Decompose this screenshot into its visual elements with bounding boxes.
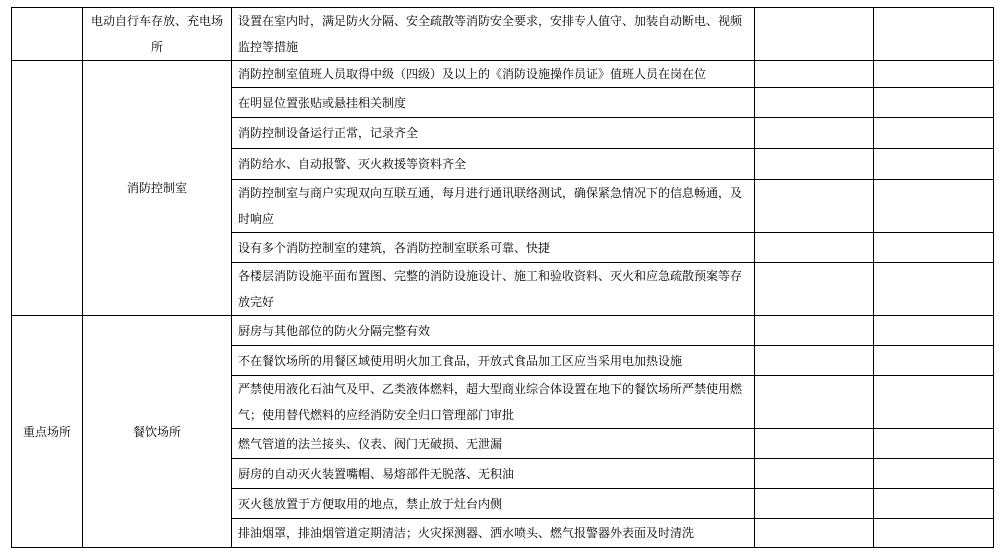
- remark-cell[interactable]: [874, 519, 994, 548]
- check-item: 设置在室内时，满足防火分隔、安全疏散等消防安全要求，安排专人值守、加装自动断电、…: [232, 8, 755, 61]
- inspection-checklist-table: 电动自行车存放、充电场所 设置在室内时，满足防火分隔、安全疏散等消防安全要求，安…: [11, 7, 994, 548]
- result-cell[interactable]: [755, 316, 874, 346]
- check-item: 消防控制室与商户实现双向互联互通，每月进行通讯联络测试，确保紧急情况下的信息畅通…: [232, 180, 755, 233]
- check-item: 在明显位置张贴或悬挂相关制度: [232, 88, 755, 118]
- result-cell[interactable]: [755, 61, 874, 88]
- remark-cell[interactable]: [874, 459, 994, 489]
- result-cell[interactable]: [755, 346, 874, 376]
- result-cell[interactable]: [755, 459, 874, 489]
- remark-cell[interactable]: [874, 233, 994, 263]
- check-item: 排油烟罩，排油烟管道定期清洁；火灾探测器、洒水喷头、燃气报警器外表面及时清洗: [232, 519, 755, 548]
- result-cell[interactable]: [755, 149, 874, 180]
- check-item: 严禁使用液化石油气及甲、乙类液体燃料，超大型商业综合体设置在地下的餐饮场所严禁使…: [232, 376, 755, 429]
- check-item: 各楼层消防设施平面布置图、完整的消防设施设计、施工和验收资料、灭火和应急疏散预案…: [232, 263, 755, 316]
- check-item: 厨房与其他部位的防火分隔完整有效: [232, 316, 755, 346]
- remark-cell[interactable]: [874, 118, 994, 149]
- remark-cell[interactable]: [874, 88, 994, 118]
- remark-cell[interactable]: [874, 316, 994, 346]
- remark-cell[interactable]: [874, 61, 994, 88]
- check-item: 设有多个消防控制室的建筑，各消防控制室联系可靠、快捷: [232, 233, 755, 263]
- remark-cell[interactable]: [874, 180, 994, 233]
- remark-cell[interactable]: [874, 489, 994, 519]
- result-cell[interactable]: [755, 519, 874, 548]
- result-cell[interactable]: [755, 263, 874, 316]
- result-cell[interactable]: [755, 489, 874, 519]
- table-row: 消防控制室 消防控制室值班人员取得中级（四级）及以上的《消防设施操作员证》值班人…: [12, 61, 994, 88]
- remark-cell[interactable]: [874, 149, 994, 180]
- section-cell: 餐饮场所: [83, 316, 232, 548]
- check-item: 灭火毯放置于方便取用的地点，禁止放于灶台内侧: [232, 489, 755, 519]
- section-cell: 消防控制室: [83, 61, 232, 316]
- result-cell[interactable]: [755, 180, 874, 233]
- table-row: 重点场所 餐饮场所 厨房与其他部位的防火分隔完整有效: [12, 316, 994, 346]
- result-cell[interactable]: [755, 233, 874, 263]
- remark-cell[interactable]: [874, 346, 994, 376]
- remark-cell[interactable]: [874, 8, 994, 61]
- result-cell[interactable]: [755, 88, 874, 118]
- remark-cell[interactable]: [874, 429, 994, 459]
- category-cell: 重点场所: [12, 316, 83, 548]
- check-item: 消防控制室值班人员取得中级（四级）及以上的《消防设施操作员证》值班人员在岗在位: [232, 61, 755, 88]
- result-cell[interactable]: [755, 118, 874, 149]
- check-item: 不在餐饮场所的用餐区域使用明火加工食品，开放式食品加工区应当采用电加热设施: [232, 346, 755, 376]
- check-item: 消防给水、自动报警、灭火救援等资料齐全: [232, 149, 755, 180]
- section-cell: 电动自行车存放、充电场所: [83, 8, 232, 61]
- result-cell[interactable]: [755, 8, 874, 61]
- check-item: 燃气管道的法兰接头、仪表、阀门无破损、无泄漏: [232, 429, 755, 459]
- table-row: 电动自行车存放、充电场所 设置在室内时，满足防火分隔、安全疏散等消防安全要求，安…: [12, 8, 994, 61]
- remark-cell[interactable]: [874, 376, 994, 429]
- remark-cell[interactable]: [874, 263, 994, 316]
- check-item: 消防控制设备运行正常，记录齐全: [232, 118, 755, 149]
- result-cell[interactable]: [755, 376, 874, 429]
- category-cell: [12, 61, 83, 316]
- check-item: 厨房的自动灭火装置嘴帽、易熔部件无脱落、无积油: [232, 459, 755, 489]
- result-cell[interactable]: [755, 429, 874, 459]
- category-cell: [12, 8, 83, 61]
